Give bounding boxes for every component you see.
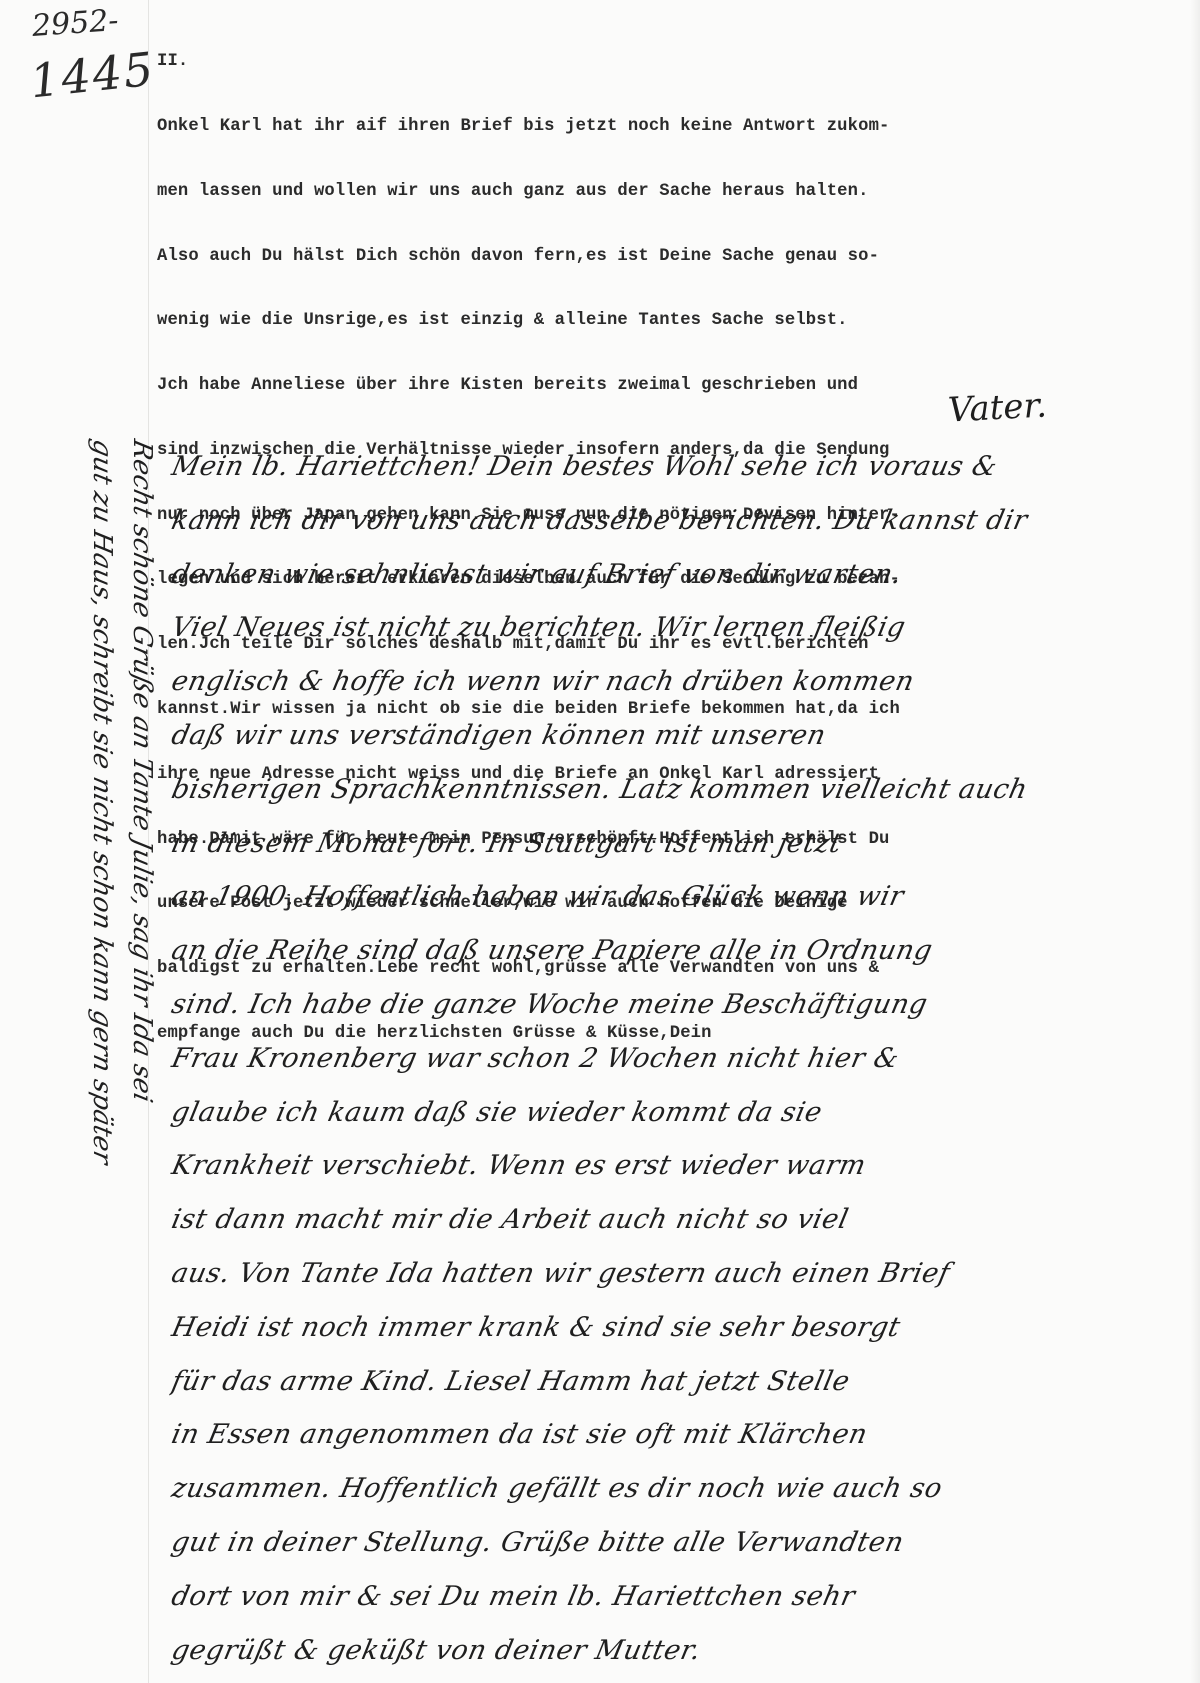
handwritten-line: Heidi ist noch immer krank & sind sie se… xyxy=(166,1301,1187,1355)
typed-line: Onkel Karl hat ihr aif ihren Brief bis j… xyxy=(157,116,1197,138)
handwritten-line: glaube ich kaum daß sie wieder kommt da … xyxy=(166,1086,1187,1140)
handwritten-line: gegrüßt & geküßt von deiner Mutter. xyxy=(166,1624,1187,1678)
margin-note-line: Recht schöne Grüße an Tante Julie, sag i… xyxy=(122,436,162,1625)
handwritten-line: sind. Ich habe die ganze Woche meine Bes… xyxy=(166,978,1187,1032)
handwritten-line: Frau Kronenberg war schon 2 Wochen nicht… xyxy=(166,1032,1187,1086)
handwritten-line: Mein lb. Hariettchen! Dein bestes Wohl s… xyxy=(166,440,1187,494)
margin-note-line: gut zu Haus, schreibt sie nicht schon ka… xyxy=(82,436,122,1625)
handwritten-line: Krankheit verschiebt. Wenn es erst wiede… xyxy=(166,1139,1187,1193)
handwritten-line: gut in deiner Stellung. Grüße bitte alle… xyxy=(166,1516,1187,1570)
handwritten-line: an 1900. Hoffentlich haben wir das Glück… xyxy=(166,870,1187,924)
handwritten-line: denken wie sehnlichst wir auf Brief von … xyxy=(166,548,1187,602)
handwritten-letter: Mein lb. Hariettchen! Dein bestes Wohl s… xyxy=(172,440,1182,1677)
handwritten-line: bisherigen Sprachkenntnissen. Latz komme… xyxy=(166,763,1187,817)
archive-number: 2952- xyxy=(31,3,120,44)
handwritten-line: in diesem Monat fort. In Stuttgart ist m… xyxy=(166,817,1187,871)
page-edge xyxy=(1190,0,1200,1683)
typed-line: Also auch Du hälst Dich schön davon fern… xyxy=(157,246,1197,268)
handwritten-line: aus. Von Tante Ida hatten wir gestern au… xyxy=(166,1247,1187,1301)
handwritten-line: für das arme Kind. Liesel Hamm hat jetzt… xyxy=(166,1355,1187,1409)
handwritten-line: dort von mir & sei Du mein lb. Hariettch… xyxy=(166,1570,1187,1624)
handwritten-line: zusammen. Hoffentlich gefällt es dir noc… xyxy=(166,1462,1187,1516)
handwritten-line: in Essen angenommen da ist sie oft mit K… xyxy=(166,1408,1187,1462)
typed-line: men lassen und wollen wir uns auch ganz … xyxy=(157,181,1197,203)
handwritten-line: daß wir uns verständigen können mit unse… xyxy=(166,709,1187,763)
handwritten-line: englisch & hoffe ich wenn wir nach drübe… xyxy=(166,655,1187,709)
signature-vater: Vater. xyxy=(947,385,1048,430)
margin-note: Recht schöne Grüße an Tante Julie, sag i… xyxy=(42,440,162,1620)
handwritten-line: kann ich dir von uns auch dasselbe beric… xyxy=(166,494,1187,548)
typed-line: wenig wie die Unsrige,es ist einzig & al… xyxy=(157,310,1197,332)
handwritten-line: an die Reihe sind daß unsere Papiere all… xyxy=(166,924,1187,978)
page-marker: II. xyxy=(157,51,1197,73)
handwritten-line: Viel Neues ist nicht zu berichten. Wir l… xyxy=(166,601,1187,655)
letter-page: 2952- 1445 II. Onkel Karl hat ihr aif ih… xyxy=(0,0,1200,1683)
handwritten-line: ist dann macht mir die Arbeit auch nicht… xyxy=(166,1193,1187,1247)
archive-folio-number: 1445 xyxy=(28,42,158,109)
